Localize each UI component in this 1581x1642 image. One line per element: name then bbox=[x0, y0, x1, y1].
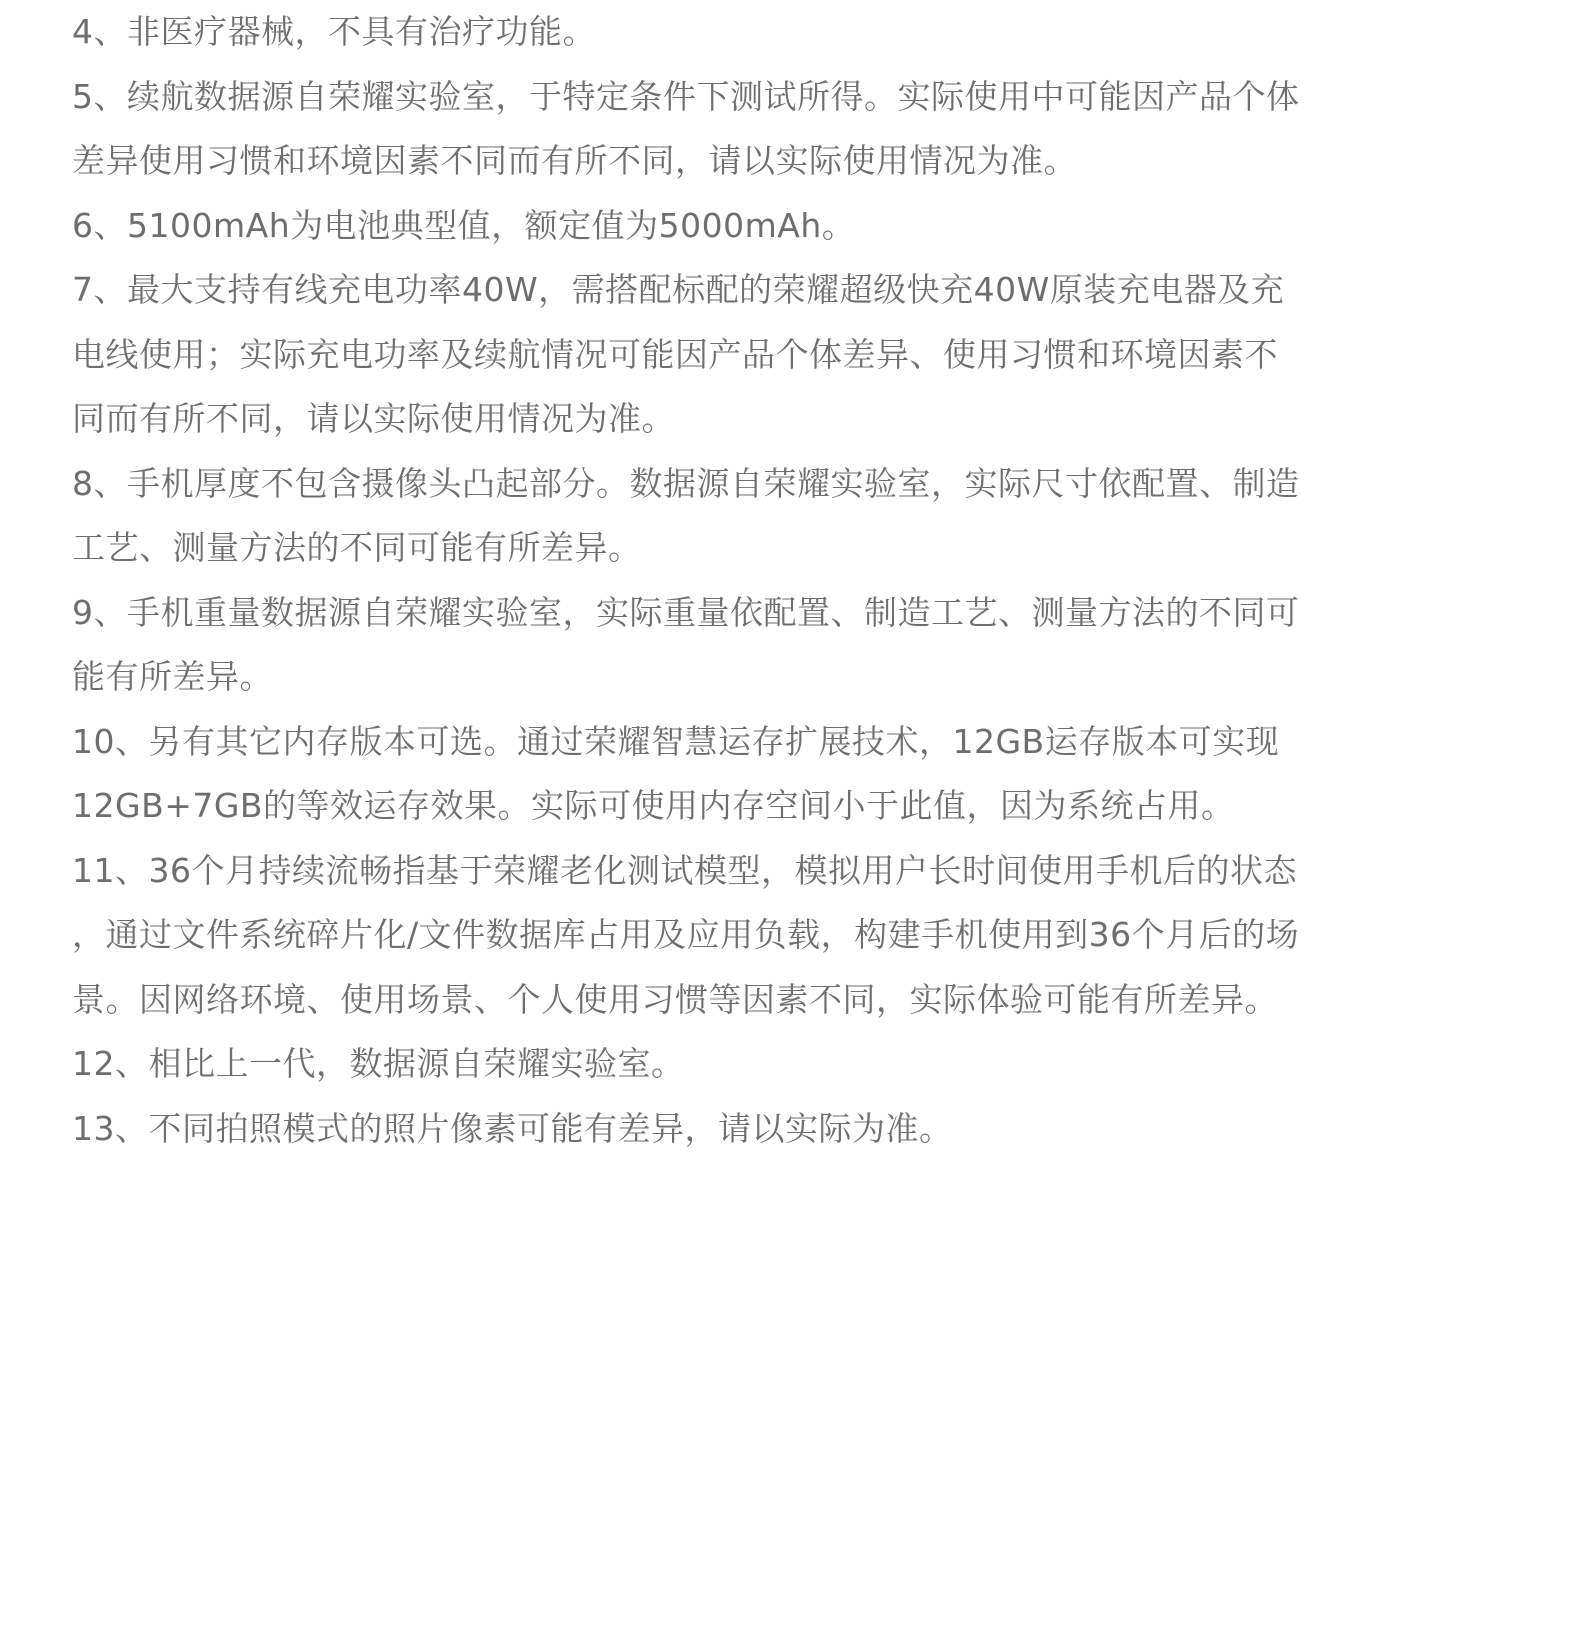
note-line: 10、另有其它内存版本可选。通过荣耀智慧运存扩展技术，12GB运存版本可实现 bbox=[72, 710, 1462, 775]
note-line: 9、手机重量数据源自荣耀实验室，实际重量依配置、制造工艺、测量方法的不同可 bbox=[72, 581, 1462, 646]
note-line: 12GB+7GB的等效运存效果。实际可使用内存空间小于此值，因为系统占用。 bbox=[72, 774, 1462, 839]
note-8: 8、手机厚度不包含摄像头凸起部分。数据源自荣耀实验室，实际尺寸依配置、制造 工艺… bbox=[72, 452, 1462, 581]
note-line: ，通过文件系统碎片化/文件数据库占用及应用负载，构建手机使用到36个月后的场 bbox=[72, 903, 1462, 968]
note-line: 13、不同拍照模式的照片像素可能有差异，请以实际为准。 bbox=[72, 1097, 1462, 1162]
note-line: 5、续航数据源自荣耀实验室，于特定条件下测试所得。实际使用中可能因产品个体 bbox=[72, 65, 1462, 130]
note-12: 12、相比上一代，数据源自荣耀实验室。 bbox=[72, 1032, 1462, 1097]
note-11: 11、36个月持续流畅指基于荣耀老化测试模型，模拟用户长时间使用手机后的状态 ，… bbox=[72, 839, 1462, 1033]
note-line: 12、相比上一代，数据源自荣耀实验室。 bbox=[72, 1032, 1462, 1097]
note-10: 10、另有其它内存版本可选。通过荣耀智慧运存扩展技术，12GB运存版本可实现 1… bbox=[72, 710, 1462, 839]
note-line: 电线使用；实际充电功率及续航情况可能因产品个体差异、使用习惯和环境因素不 bbox=[72, 323, 1462, 388]
disclaimer-notes: 4、非医疗器械，不具有治疗功能。 5、续航数据源自荣耀实验室，于特定条件下测试所… bbox=[72, 0, 1462, 1161]
note-line: 差异使用习惯和环境因素不同而有所不同，请以实际使用情况为准。 bbox=[72, 129, 1462, 194]
note-13: 13、不同拍照模式的照片像素可能有差异，请以实际为准。 bbox=[72, 1097, 1462, 1162]
note-9: 9、手机重量数据源自荣耀实验室，实际重量依配置、制造工艺、测量方法的不同可 能有… bbox=[72, 581, 1462, 710]
note-line: 工艺、测量方法的不同可能有所差异。 bbox=[72, 516, 1462, 581]
note-line: 6、5100mAh为电池典型值，额定值为5000mAh。 bbox=[72, 194, 1462, 259]
note-line: 11、36个月持续流畅指基于荣耀老化测试模型，模拟用户长时间使用手机后的状态 bbox=[72, 839, 1462, 904]
note-line: 8、手机厚度不包含摄像头凸起部分。数据源自荣耀实验室，实际尺寸依配置、制造 bbox=[72, 452, 1462, 517]
note-7: 7、最大支持有线充电功率40W，需搭配标配的荣耀超级快充40W原装充电器及充 电… bbox=[72, 258, 1462, 452]
note-line: 4、非医疗器械，不具有治疗功能。 bbox=[72, 0, 1462, 65]
note-line: 同而有所不同，请以实际使用情况为准。 bbox=[72, 387, 1462, 452]
note-6: 6、5100mAh为电池典型值，额定值为5000mAh。 bbox=[72, 194, 1462, 259]
note-4: 4、非医疗器械，不具有治疗功能。 bbox=[72, 0, 1462, 65]
note-line: 7、最大支持有线充电功率40W，需搭配标配的荣耀超级快充40W原装充电器及充 bbox=[72, 258, 1462, 323]
note-line: 能有所差异。 bbox=[72, 645, 1462, 710]
note-line: 景。因网络环境、使用场景、个人使用习惯等因素不同，实际体验可能有所差异。 bbox=[72, 968, 1462, 1033]
note-5: 5、续航数据源自荣耀实验室，于特定条件下测试所得。实际使用中可能因产品个体 差异… bbox=[72, 65, 1462, 194]
